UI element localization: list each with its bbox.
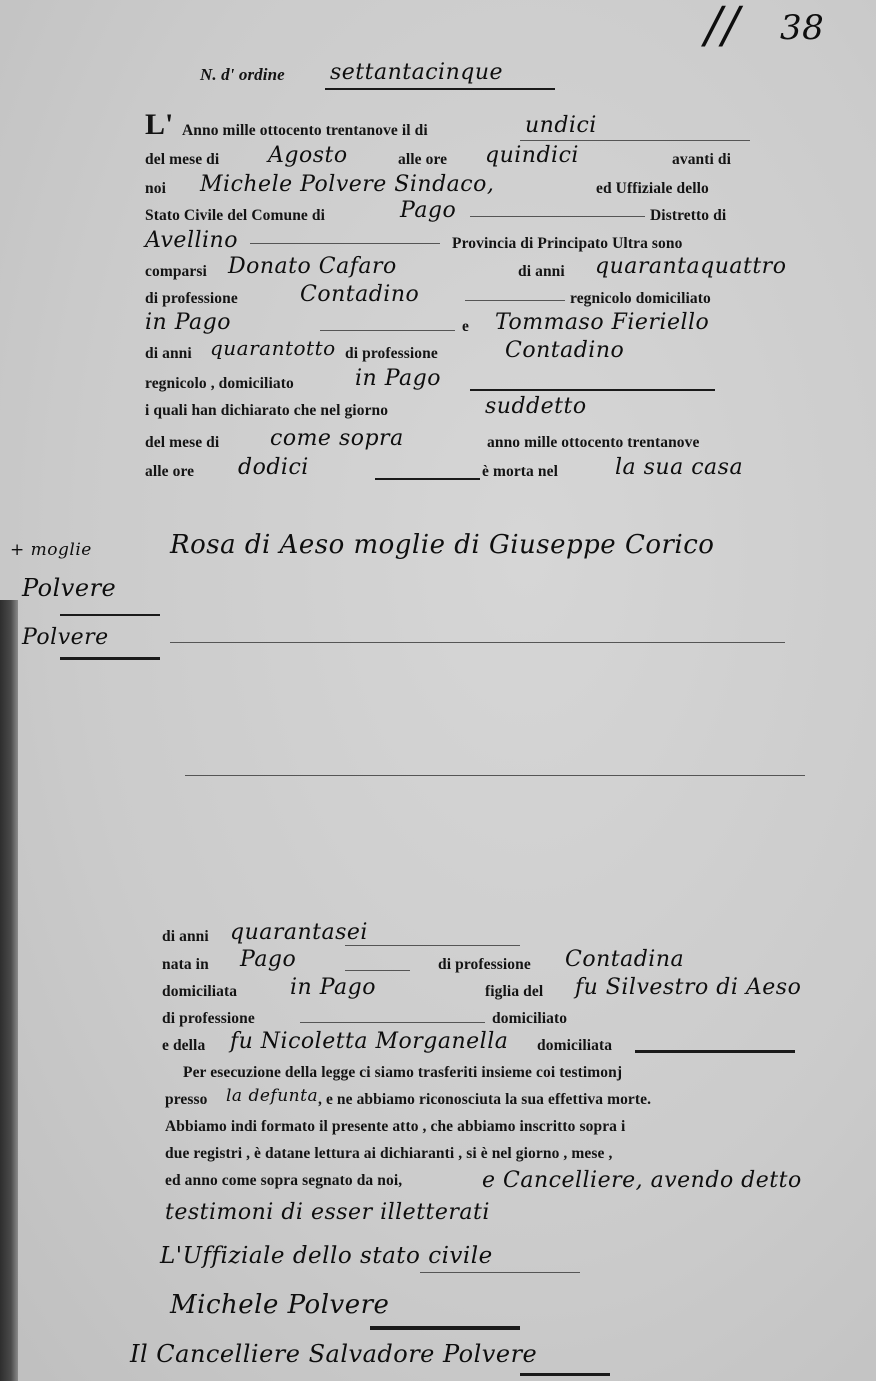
printed-text: figlia del	[485, 983, 543, 1001]
printed-text: del mese di	[145, 151, 219, 169]
printed-text: e	[462, 318, 469, 336]
binding-edge	[0, 600, 18, 1381]
printed-text: Stato Civile del Comune di	[145, 207, 325, 225]
field-witness1-name: Donato Cafaro	[228, 254, 397, 279]
margin-note: + moglie	[10, 540, 92, 560]
printed-text: Distretto di	[650, 207, 726, 225]
printed-text: di professione	[438, 956, 531, 974]
signature-title: L'Uffiziale dello stato civile	[160, 1243, 493, 1269]
page-number: 38	[780, 8, 824, 48]
printed-text: ed Uffiziale dello	[596, 180, 709, 198]
printed-text: comparsi	[145, 263, 207, 281]
margin-surname: Polvere	[22, 574, 116, 602]
field-death-place: la sua casa	[615, 455, 743, 480]
printed-text: Anno mille ottocento trentanove il di	[182, 122, 428, 140]
printed-text: alle ore	[398, 151, 447, 169]
printed-text: del mese di	[145, 434, 219, 452]
printed-text: e della	[162, 1037, 205, 1055]
printed-text: di anni	[145, 345, 192, 363]
field-witness2-name: Tommaso Fieriello	[495, 310, 709, 335]
field-death-hour: dodici	[238, 455, 309, 480]
field-witness1-domicile: in Pago	[145, 310, 231, 335]
field-day: undici	[525, 113, 597, 138]
printed-text: due registri , è datane lettura ai dichi…	[165, 1145, 612, 1163]
field-month: Agosto	[268, 143, 348, 168]
field-official: Michele Polvere Sindaco,	[200, 172, 494, 197]
printed-text: di anni	[162, 928, 209, 946]
field-father: fu Silvestro di Aeso	[575, 975, 801, 1000]
field-closing-note: e Cancelliere, avendo detto	[482, 1168, 802, 1193]
field-born: Pago	[240, 947, 296, 972]
field-distretto: Avellino	[145, 228, 238, 253]
ordine-value: settantacinque	[330, 60, 503, 85]
field-witness2-age: quarantotto	[210, 336, 336, 360]
printed-text: , e ne abbiamo riconosciuta la sua effet…	[318, 1091, 651, 1109]
printed-text: regnicolo , domiciliato	[145, 375, 294, 393]
initial-letter: L'	[145, 108, 173, 142]
page-mark: //	[705, 0, 740, 54]
printed-text: regnicolo domiciliato	[570, 290, 711, 308]
field-defunta: la defunta	[226, 1086, 318, 1106]
ordine-label: N. d' ordine	[200, 65, 285, 85]
printed-text: di professione	[145, 290, 238, 308]
field-hour: quindici	[485, 143, 579, 168]
printed-text: Per esecuzione della legge ci siamo tras…	[183, 1064, 622, 1082]
printed-text: Provincia di Principato Ultra sono	[452, 235, 682, 253]
printed-text: di professione	[345, 345, 438, 363]
field-comune: Pago	[400, 198, 456, 223]
signature-chancellor: Il Cancelliere Salvadore Polvere	[130, 1340, 537, 1368]
printed-text: alle ore	[145, 463, 194, 481]
printed-text: Abbiamo indi formato il presente atto , …	[165, 1118, 625, 1136]
field-closing-note-2: testimoni di esser illetterati	[165, 1200, 490, 1225]
field-witness2-profession: Contadino	[505, 338, 624, 363]
printed-text: domiciliato	[492, 1010, 567, 1028]
printed-text: presso	[165, 1091, 208, 1109]
field-death-month: come sopra	[270, 426, 404, 451]
printed-text: di professione	[162, 1010, 255, 1028]
deceased-name: Rosa di Aeso moglie di Giuseppe Corico	[170, 530, 714, 560]
printed-text: è morta nel	[482, 463, 558, 481]
field-witness1-age: quarantaquattro	[595, 254, 786, 279]
field-age: quarantasei	[230, 920, 368, 945]
printed-text: avanti di	[672, 151, 731, 169]
printed-text: noi	[145, 180, 166, 198]
printed-text: anno mille ottocento trentanove	[487, 434, 699, 452]
printed-text: domiciliata	[537, 1037, 612, 1055]
field-death-day: suddetto	[485, 394, 587, 419]
field-witness1-profession: Contadino	[300, 282, 419, 307]
field-domicile: in Pago	[290, 975, 376, 1000]
field-witness2-domicile: in Pago	[355, 366, 441, 391]
printed-text: ed anno come sopra segnato da noi,	[165, 1172, 402, 1190]
printed-text: i quali han dichiarato che nel giorno	[145, 402, 388, 420]
printed-text: di anni	[518, 263, 565, 281]
printed-text: domiciliata	[162, 983, 237, 1001]
signature-mayor: Michele Polvere	[170, 1290, 389, 1320]
document-page: // 38 N. d' ordine settantacinque L' Ann…	[0, 0, 876, 1381]
margin-surname: Polvere	[22, 625, 109, 650]
field-profession: Contadina	[565, 947, 684, 972]
printed-text: nata in	[162, 956, 209, 974]
field-mother: fu Nicoletta Morganella	[230, 1029, 508, 1054]
